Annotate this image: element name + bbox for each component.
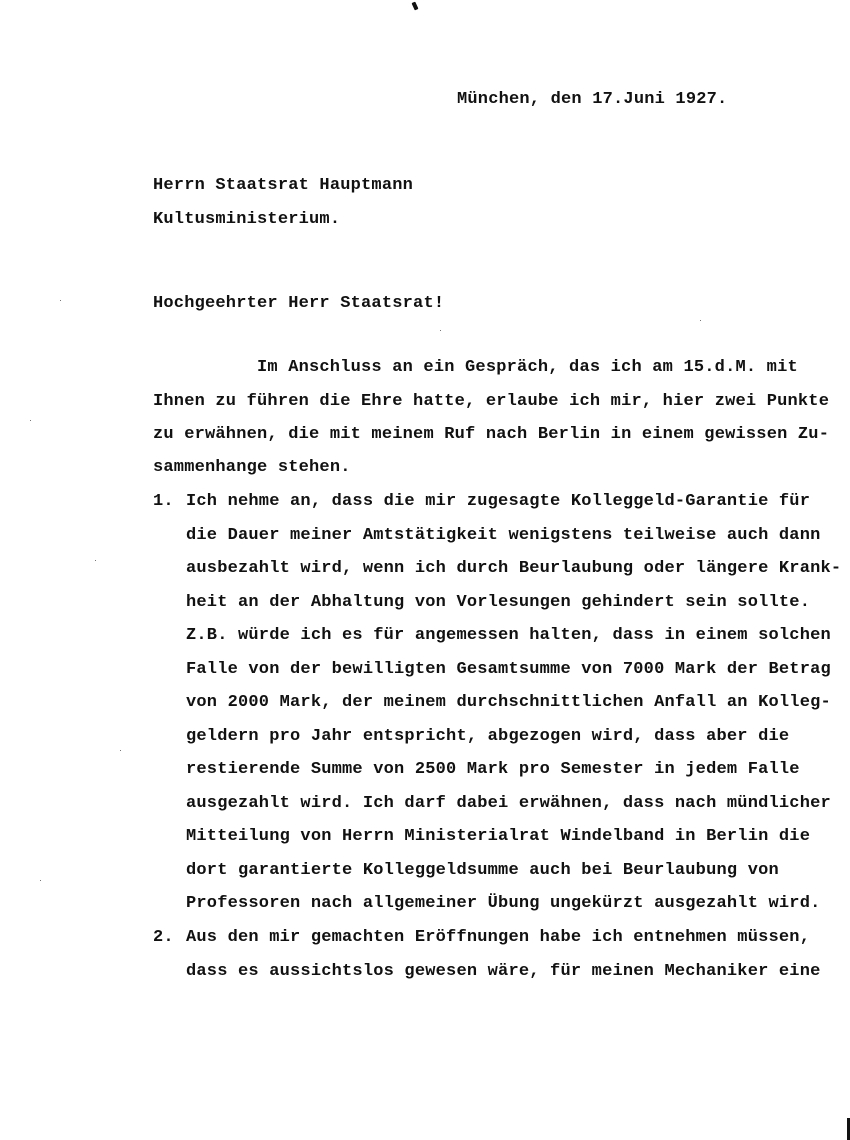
paragraph-line: Ich nehme an, dass die mir zugesagte Kol… — [186, 492, 810, 512]
letter-page: München, den 17.Juni 1927. Herrn Staatsr… — [0, 0, 850, 1140]
paragraph-line: Z.B. würde ich es für angemessen halten,… — [186, 626, 831, 646]
salutation: Hochgeehrter Herr Staatsrat! — [153, 294, 444, 314]
paper-speck — [30, 420, 31, 421]
paper-speck — [60, 300, 61, 301]
paper-speck — [700, 320, 701, 321]
paragraph-line: die Dauer meiner Amtstätigkeit wenigsten… — [186, 526, 821, 546]
paper-speck — [120, 750, 121, 751]
paragraph-line: zu erwähnen, die mit meinem Ruf nach Ber… — [153, 425, 829, 445]
paragraph-line: sammenhange stehen. — [153, 458, 351, 478]
paragraph-line: von 2000 Mark, der meinem durchschnittli… — [186, 693, 831, 713]
paragraph-line: Ihnen zu führen die Ehre hatte, erlaube … — [153, 392, 829, 412]
paragraph-line: dass es aussichtslos gewesen wäre, für m… — [186, 962, 821, 982]
point-number: 2. — [153, 928, 174, 948]
paragraph-line: Professoren nach allgemeiner Übung ungek… — [186, 894, 821, 914]
paragraph-line: restierende Summe von 2500 Mark pro Seme… — [186, 760, 800, 780]
paragraph-line: Mitteilung von Herrn Ministerialrat Wind… — [186, 827, 810, 847]
paragraph-line: geldern pro Jahr entspricht, abgezogen w… — [186, 727, 789, 747]
paragraph-line: ausgezahlt wird. Ich darf dabei erwähnen… — [186, 794, 831, 814]
date-line: München, den 17.Juni 1927. — [457, 90, 727, 110]
paragraph-line: ausbezahlt wird, wenn ich durch Beurlaub… — [186, 559, 841, 579]
recipient-name: Herrn Staatsrat Hauptmann — [153, 176, 413, 196]
paragraph-line: Falle von der bewilligten Gesamtsumme vo… — [186, 660, 831, 680]
ink-mark — [411, 2, 418, 11]
paragraph-line: heit an der Abhaltung von Vorlesungen ge… — [186, 593, 810, 613]
recipient-office: Kultusministerium. — [153, 210, 340, 230]
paragraph-line: Im Anschluss an ein Gespräch, das ich am… — [257, 358, 798, 378]
paragraph-line: Aus den mir gemachten Eröffnungen habe i… — [186, 928, 810, 948]
point-number: 1. — [153, 492, 174, 512]
paper-speck — [95, 560, 96, 561]
paper-speck — [40, 880, 41, 881]
paper-speck — [440, 330, 441, 331]
paragraph-line: dort garantierte Kolleggeldsumme auch be… — [186, 861, 779, 881]
